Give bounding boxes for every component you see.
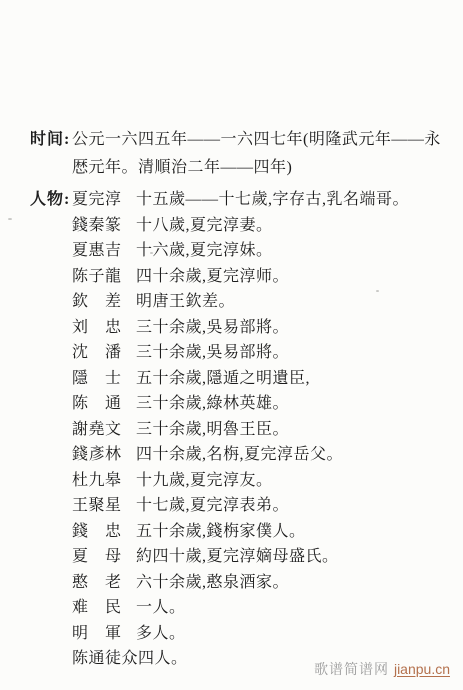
character-row: 謝堯文 三十余歲,明魯王臣。: [72, 417, 409, 443]
character-row: 陈 通 三十余歲,綠林英雄。: [72, 391, 409, 417]
scanned-script-page: 时间: 公元一六四五年——一六四七年(明隆武元年——永 厯元年。清順治二年——四…: [0, 0, 463, 690]
watermark: 歌谱简谱网 jianpu.cn: [314, 659, 450, 679]
character-name: 夏惠吉: [72, 238, 136, 264]
character-desc: 五十余歲,錢栴家僕人。: [136, 519, 306, 545]
character-name: 夏 母: [72, 544, 136, 570]
time-line-2: 厯元年。清順治二年——四年): [72, 154, 441, 182]
character-desc: 五十余歲,隱遁之明遺臣,: [136, 366, 310, 392]
time-line-1: 公元一六四五年——一六四七年(明隆武元年——永: [72, 126, 441, 154]
character-name: 明 軍: [72, 621, 136, 647]
time-content: 公元一六四五年——一六四七年(明隆武元年——永 厯元年。清順治二年——四年): [72, 126, 441, 182]
character-desc: 四十余歲,名栴,夏完淳岳父。: [136, 442, 343, 468]
character-name: 陈通徒众: [72, 646, 138, 672]
character-row: 明 軍 多人。: [72, 621, 409, 647]
character-name: 憨 老: [72, 570, 136, 596]
character-desc: 一人。: [136, 595, 186, 621]
scan-speck: [8, 218, 12, 220]
character-desc: 十九歲,夏完淳友。: [136, 468, 273, 494]
character-name: 王聚星: [72, 493, 136, 519]
character-row: 欽 差 明唐王欽差。: [72, 289, 409, 315]
character-desc: 多人。: [136, 621, 186, 647]
character-row: 錢秦篆 十八歲,夏完淳妻。: [72, 213, 409, 239]
character-desc: 六十余歲,憨泉酒家。: [136, 570, 289, 596]
character-name: 錢彥林: [72, 442, 136, 468]
character-desc: 四人。: [138, 646, 188, 672]
character-name: 杜九皋: [72, 468, 136, 494]
character-name: 夏完淳: [72, 187, 136, 213]
character-row: 陈子龍 四十余歲,夏完淳师。: [72, 264, 409, 290]
character-desc: 十七歲,夏完淳表弟。: [136, 493, 289, 519]
character-name: 隱 士: [72, 366, 136, 392]
character-desc: 三十余歲,吳易部將。: [136, 315, 289, 341]
character-row: 夏 母 約四十歲,夏完淳嫡母盛氏。: [72, 544, 409, 570]
characters-label: 人物:: [30, 187, 72, 213]
character-row: 王聚星 十七歲,夏完淳表弟。: [72, 493, 409, 519]
character-row: 难 民 一人。: [72, 595, 409, 621]
character-desc: 十八歲,夏完淳妻。: [136, 213, 273, 239]
character-desc: 十五歲——十七歲,字存古,乳名端哥。: [136, 187, 409, 213]
character-name: 刘 忠: [72, 315, 136, 341]
character-name: 难 民: [72, 595, 136, 621]
time-label: 时间:: [30, 126, 72, 154]
character-desc: 三十余歲,綠林英雄。: [136, 391, 289, 417]
character-row: 錢 忠 五十余歲,錢栴家僕人。: [72, 519, 409, 545]
character-desc: 約四十歲,夏完淳嫡母盛氏。: [136, 544, 339, 570]
character-row: 杜九皋 十九歲,夏完淳友。: [72, 468, 409, 494]
character-desc: 明唐王欽差。: [136, 289, 235, 315]
time-section: 时间: 公元一六四五年——一六四七年(明隆武元年——永 厯元年。清順治二年——四…: [30, 126, 453, 182]
cast-listing: 时间: 公元一六四五年——一六四七年(明隆武元年——永 厯元年。清順治二年——四…: [30, 126, 453, 672]
character-desc: 十六歲,夏完淳妹。: [136, 238, 273, 264]
character-name: 沈 潘: [72, 340, 136, 366]
character-name: 陈子龍: [72, 264, 136, 290]
character-row: 夏惠吉 十六歲,夏完淳妹。: [72, 238, 409, 264]
character-name: 謝堯文: [72, 417, 136, 443]
character-row: 憨 老 六十余歲,憨泉酒家。: [72, 570, 409, 596]
watermark-site-name: 歌谱简谱网: [314, 661, 389, 677]
character-row: 錢彥林 四十余歲,名栴,夏完淳岳父。: [72, 442, 409, 468]
character-desc: 四十余歲,夏完淳师。: [136, 264, 289, 290]
character-desc: 三十余歲,明魯王臣。: [136, 417, 289, 443]
watermark-site-link[interactable]: jianpu.cn: [394, 661, 450, 677]
character-name: 欽 差: [72, 289, 136, 315]
character-row: 夏完淳 十五歲——十七歲,字存古,乳名端哥。: [72, 187, 409, 213]
character-list: 夏完淳 十五歲——十七歲,字存古,乳名端哥。 錢秦篆 十八歲,夏完淳妻。 夏惠吉…: [72, 187, 409, 672]
character-name: 錢秦篆: [72, 213, 136, 239]
characters-section: 人物: 夏完淳 十五歲——十七歲,字存古,乳名端哥。 錢秦篆 十八歲,夏完淳妻。…: [30, 187, 453, 672]
character-row: 刘 忠 三十余歲,吳易部將。: [72, 315, 409, 341]
character-desc: 三十余歲,吳易部將。: [136, 340, 289, 366]
character-row: 沈 潘 三十余歲,吳易部將。: [72, 340, 409, 366]
character-name: 陈 通: [72, 391, 136, 417]
character-name: 錢 忠: [72, 519, 136, 545]
character-row: 隱 士 五十余歲,隱遁之明遺臣,: [72, 366, 409, 392]
